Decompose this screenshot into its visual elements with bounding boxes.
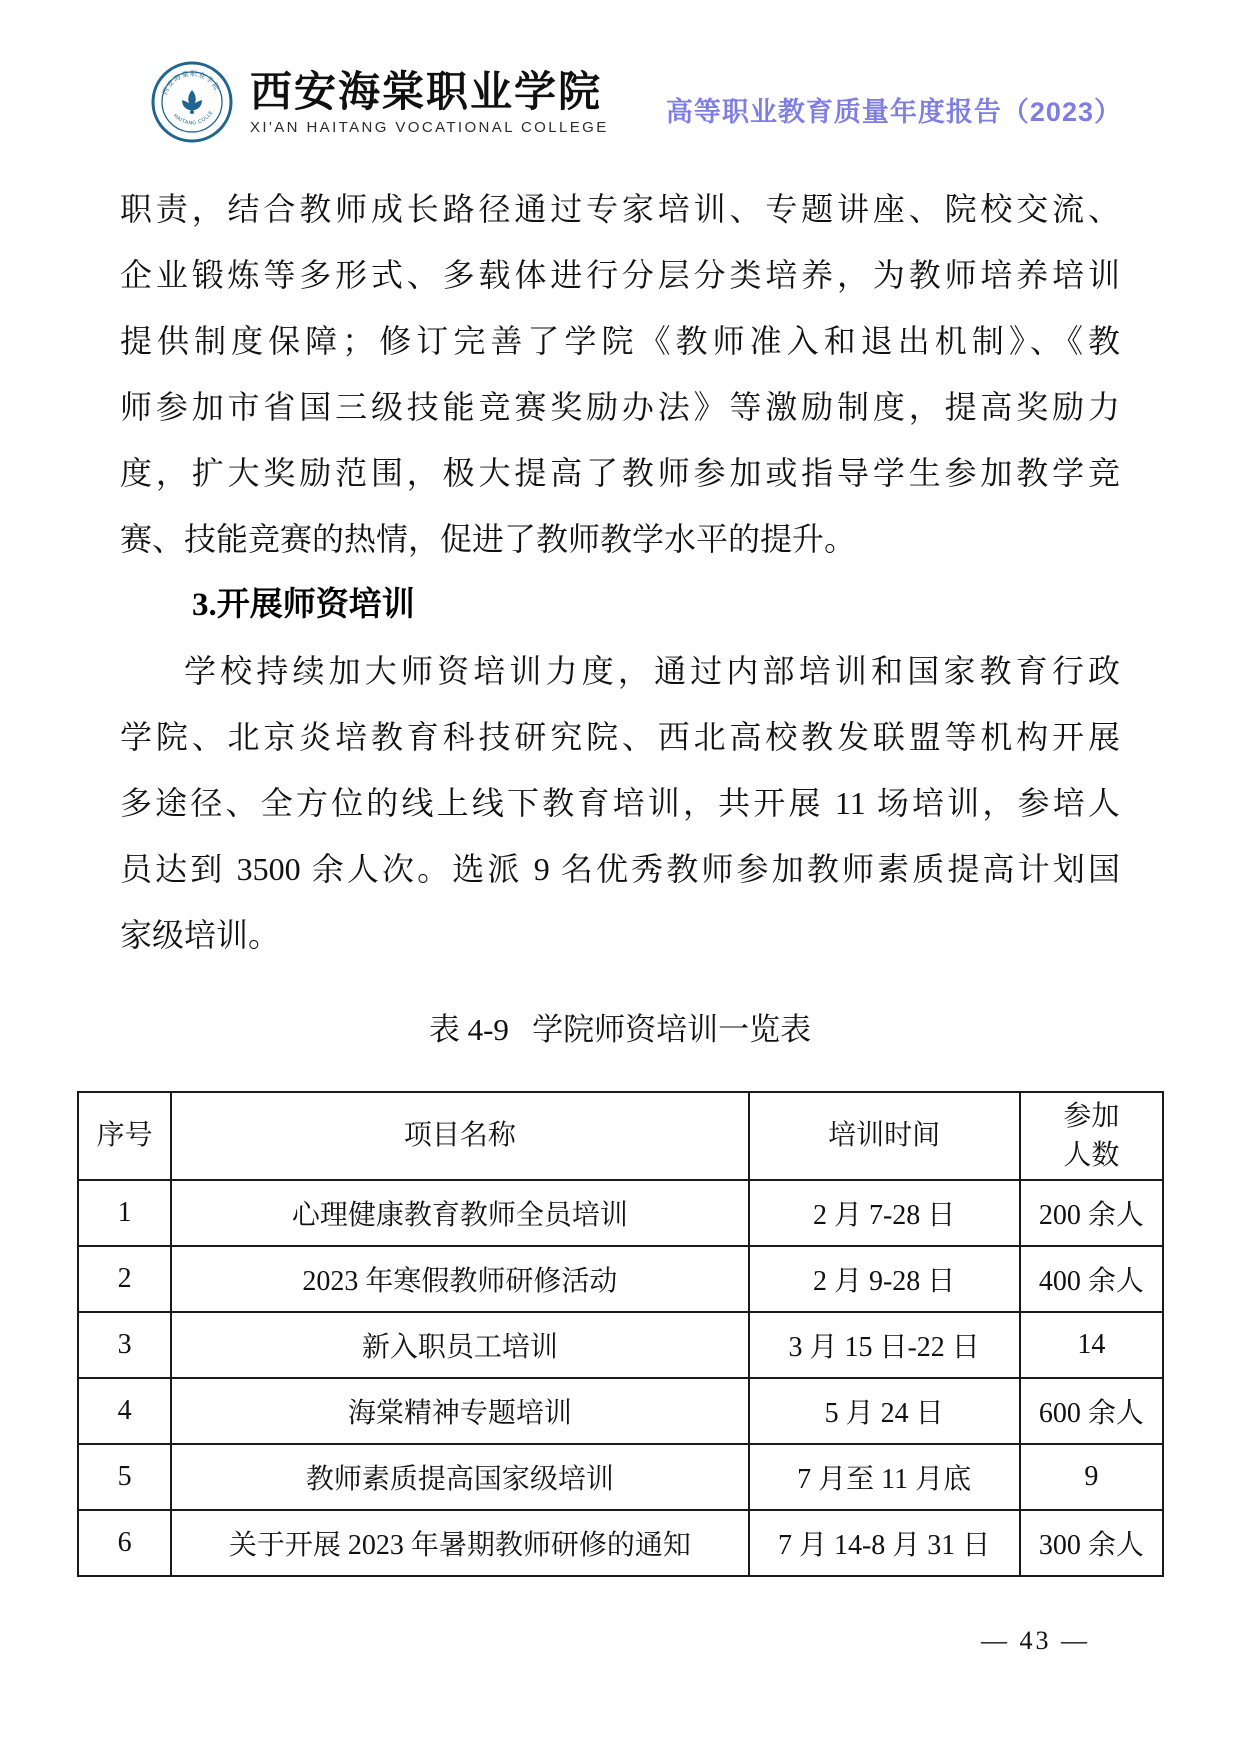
table-row: 2 2023 年寒假教师研修活动 2 月 9-28 日 400 余人 (78, 1246, 1163, 1312)
cell-time: 5 月 24 日 (749, 1378, 1020, 1444)
cell-project: 海棠精神专题培训 (171, 1378, 748, 1444)
col-header-time: 培训时间 (749, 1092, 1020, 1180)
college-brand: 西安海棠职业学院 HAITANG COLLEGE 西安海棠职业学院 XI'AN … (150, 60, 609, 144)
cell-project: 心理健康教育教师全员培训 (171, 1180, 748, 1246)
cell-time: 7 月至 11 月底 (749, 1444, 1020, 1510)
cell-project: 教师素质提高国家级培训 (171, 1444, 748, 1510)
text-line: 提供制度保障；修订完善了学院《教师准入和退出机制》、《教 (120, 308, 1120, 374)
text-line: 职责，结合教师成长路径通过专家培训、专题讲座、院校交流、 (120, 176, 1120, 242)
cell-participants: 600 余人 (1020, 1378, 1163, 1444)
cell-project: 新入职员工培训 (171, 1312, 748, 1378)
paragraph-2: 学校持续加大师资培训力度，通过内部培训和国家教育行政 学院、北京炎培教育科技研究… (120, 638, 1120, 968)
cell-index: 4 (78, 1378, 171, 1444)
cell-index: 2 (78, 1246, 171, 1312)
cell-index: 6 (78, 1510, 171, 1576)
cell-participants: 300 余人 (1020, 1510, 1163, 1576)
table-row: 1 心理健康教育教师全员培训 2 月 7-28 日 200 余人 (78, 1180, 1163, 1246)
cell-time: 2 月 9-28 日 (749, 1246, 1020, 1312)
table-header: 序号 项目名称 培训时间 参加 人数 (78, 1092, 1163, 1180)
text-line: 师参加市省国三级技能竞赛奖励办法》等激励制度，提高奖励力 (120, 374, 1120, 440)
cell-index: 3 (78, 1312, 171, 1378)
table-header-row: 序号 项目名称 培训时间 参加 人数 (78, 1092, 1163, 1180)
cell-participants: 9 (1020, 1444, 1163, 1510)
college-seal-icon: 西安海棠职业学院 HAITANG COLLEGE (150, 60, 234, 144)
college-name-block: 西安海棠职业学院 XI'AN HAITANG VOCATIONAL COLLEG… (250, 68, 609, 136)
text-line: 家级培训。 (120, 902, 1120, 968)
table-row: 3 新入职员工培训 3 月 15 日-22 日 14 (78, 1312, 1163, 1378)
col-header-participants: 参加 人数 (1020, 1092, 1163, 1180)
text-line: 赛、技能竞赛的热情，促进了教师教学水平的提升。 (120, 506, 1120, 572)
document-page: 西安海棠职业学院 HAITANG COLLEGE 西安海棠职业学院 XI'AN … (0, 0, 1240, 1754)
page-number: — 43 — (981, 1626, 1090, 1656)
section-heading: 3.开展师资培训 (120, 572, 1120, 638)
cell-participants: 14 (1020, 1312, 1163, 1378)
cell-time: 7 月 14-8 月 31 日 (749, 1510, 1020, 1576)
page-header: 西安海棠职业学院 HAITANG COLLEGE 西安海棠职业学院 XI'AN … (0, 0, 1240, 160)
training-table: 序号 项目名称 培训时间 参加 人数 1 心理健康教育教师全员培训 2 月 7-… (77, 1091, 1164, 1577)
text-line: 员达到 3500 余人次。选派 9 名优秀教师参加教师素质提高计划国 (120, 836, 1120, 902)
table-row: 5 教师素质提高国家级培训 7 月至 11 月底 9 (78, 1444, 1163, 1510)
text-line: 学校持续加大师资培训力度，通过内部培训和国家教育行政 (120, 638, 1120, 704)
text-line: 学院、北京炎培教育科技研究院、西北高校教发联盟等机构开展 (120, 704, 1120, 770)
svg-text:HAITANG COLLEGE: HAITANG COLLEGE (150, 60, 215, 126)
cell-time: 3 月 15 日-22 日 (749, 1312, 1020, 1378)
col-header-project: 项目名称 (171, 1092, 748, 1180)
text-line: 企业锻炼等多形式、多载体进行分层分类培养，为教师培养培训 (120, 242, 1120, 308)
college-name-zh: 西安海棠职业学院 (250, 68, 609, 116)
cell-project: 2023 年寒假教师研修活动 (171, 1246, 748, 1312)
col-header-index: 序号 (78, 1092, 171, 1180)
paragraph-1: 职责，结合教师成长路径通过专家培训、专题讲座、院校交流、 企业锻炼等多形式、多载… (120, 176, 1120, 572)
cell-time: 2 月 7-28 日 (749, 1180, 1020, 1246)
text-line: 多途径、全方位的线上线下教育培训，共开展 11 场培训，参培人 (120, 770, 1120, 836)
table-row: 4 海棠精神专题培训 5 月 24 日 600 余人 (78, 1378, 1163, 1444)
cell-participants: 200 余人 (1020, 1180, 1163, 1246)
report-title: 高等职业教育质量年度报告（2023） (666, 90, 1122, 129)
cell-index: 5 (78, 1444, 171, 1510)
text-line: 度，扩大奖励范围，极大提高了教师参加或指导学生参加教学竞 (120, 440, 1120, 506)
cell-participants: 400 余人 (1020, 1246, 1163, 1312)
table-caption: 表 4-9 学院师资培训一览表 (0, 1008, 1240, 1052)
cell-project: 关于开展 2023 年暑期教师研修的通知 (171, 1510, 748, 1576)
college-name-en: XI'AN HAITANG VOCATIONAL COLLEGE (250, 119, 609, 136)
table-body: 1 心理健康教育教师全员培训 2 月 7-28 日 200 余人 2 2023 … (78, 1180, 1163, 1576)
table-row: 6 关于开展 2023 年暑期教师研修的通知 7 月 14-8 月 31 日 3… (78, 1510, 1163, 1576)
cell-index: 1 (78, 1180, 171, 1246)
